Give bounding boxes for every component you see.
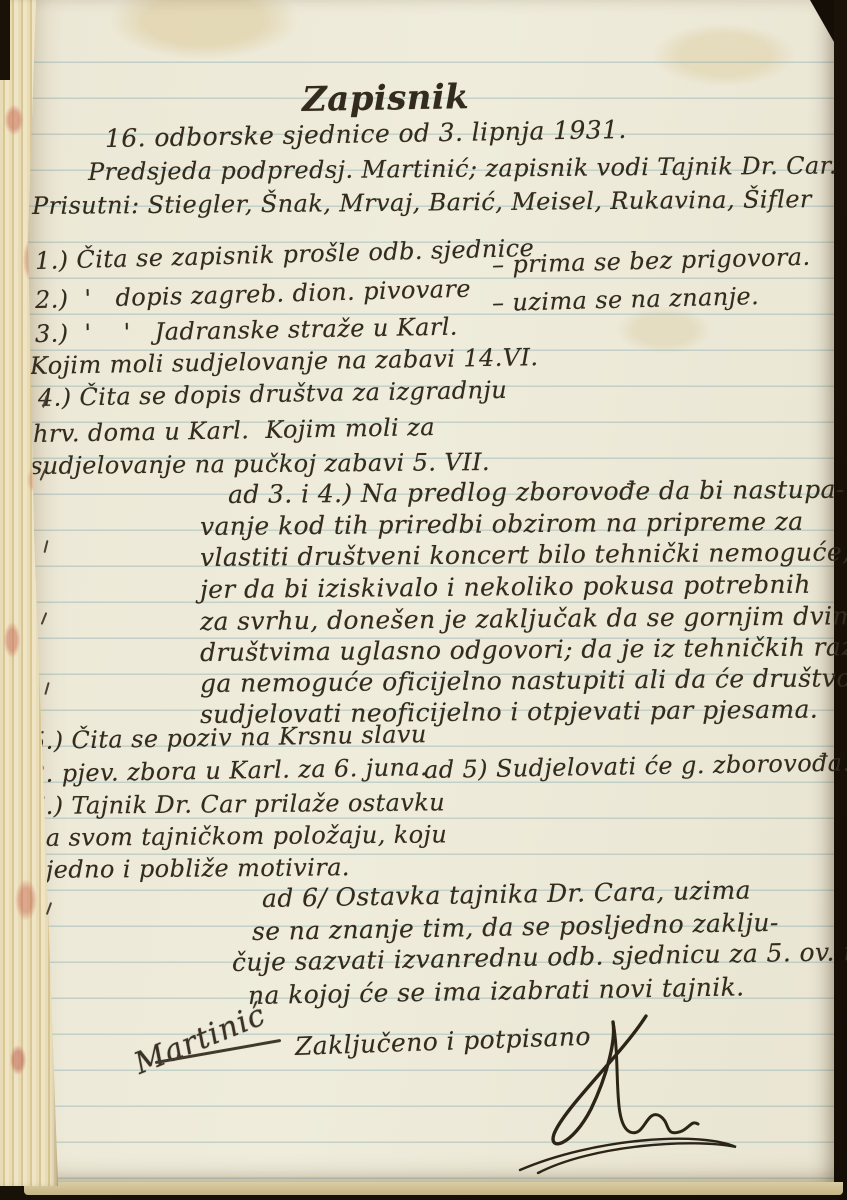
agenda-item-6-line-1: 6.) Tajnik Dr. Car prilaže ostavku [30, 788, 445, 820]
presiding-line: Predsjeda podpredsj. Martinić; zapisnik … [88, 151, 837, 186]
page-title: Zapisnik [302, 77, 470, 120]
session-line: 16. odborske sjednice od 3. lipnja 1931. [105, 115, 627, 153]
attendees-line: Prisutni: Stiegler, Šnak, Mrvaj, Barić, … [32, 185, 812, 220]
resolution-3-4-line-2: vanje kod tih priredbi obzirom na pripre… [200, 507, 804, 541]
agenda-item-5-resolution: ad 5) Sudjelovati će g. zborovođa. [424, 749, 847, 784]
resolution-6-line-4: na kojoj će se ima izabrati novi tajnik. [248, 972, 745, 1010]
resolution-3-4-line-7: ga nemoguće oficijelno nastupiti ali da … [200, 663, 847, 698]
agenda-item-2-resolution: – uzima se na znanje. [492, 282, 760, 317]
resolution-3-4-line-6: društvima uglasno odgovori; da je iz teh… [200, 632, 847, 667]
agenda-item-1: 1.) Čita se zapisnik prošle odb. sjednic… [35, 234, 535, 275]
signature-car [494, 1012, 784, 1180]
resolution-3-4-line-5: za svrhu, donešen je zaključak da se gor… [200, 601, 847, 636]
agenda-item-3: 3.) ' ' Jadranske straže u Karl. [35, 313, 458, 348]
scanned-notebook-photo: Zapisnik 16. odborske sjednice od 3. lip… [0, 0, 847, 1200]
dark-corner-top-left [0, 0, 10, 80]
agenda-item-3-continuation: Kojim moli sudjelovanje na zabavi 14.VI. [30, 343, 539, 380]
agenda-item-2: 2.) ' dopis zagreb. dion. pivovare [35, 275, 472, 314]
resolution-3-4-line-1: ad 3. i 4.) Na predlog zborovođe da bi n… [228, 475, 845, 509]
agenda-item-4-line-1: 4.) Čita se dopis društva za izgradnju [38, 376, 508, 412]
resolution-3-4-line-4: jer da bi iziskivalo i nekoliko pokusa p… [200, 570, 811, 604]
agenda-item-6-line-2: na svom tajničkom položaju, koju [30, 820, 447, 852]
agenda-item-4-line-3: sudjelovanje na pučkoj zabavi 5. VII. [30, 448, 490, 480]
agenda-item-6-line-3: ujedno i pobliže motivira. [30, 853, 350, 884]
notebook-page: Zapisnik 16. odborske sjednice od 3. lip… [24, 0, 834, 1183]
bottom-page-under-edge [24, 1182, 843, 1195]
resolution-3-4-line-3: vlastiti društveni koncert bilo tehnički… [200, 537, 847, 572]
agenda-item-1-resolution: – prima se bez prigovora. [492, 243, 811, 279]
agenda-item-5-line-2: 2. pjev. zbora u Karl. za 6. juna. [30, 753, 429, 788]
signature-martinic: Martinić [129, 997, 270, 1081]
agenda-item-5-line-1: 5.) Čita se poziv na Krsnu slavu [30, 720, 427, 755]
agenda-item-4-line-2: hrv. doma u Karl. Kojim moli za [33, 413, 435, 448]
